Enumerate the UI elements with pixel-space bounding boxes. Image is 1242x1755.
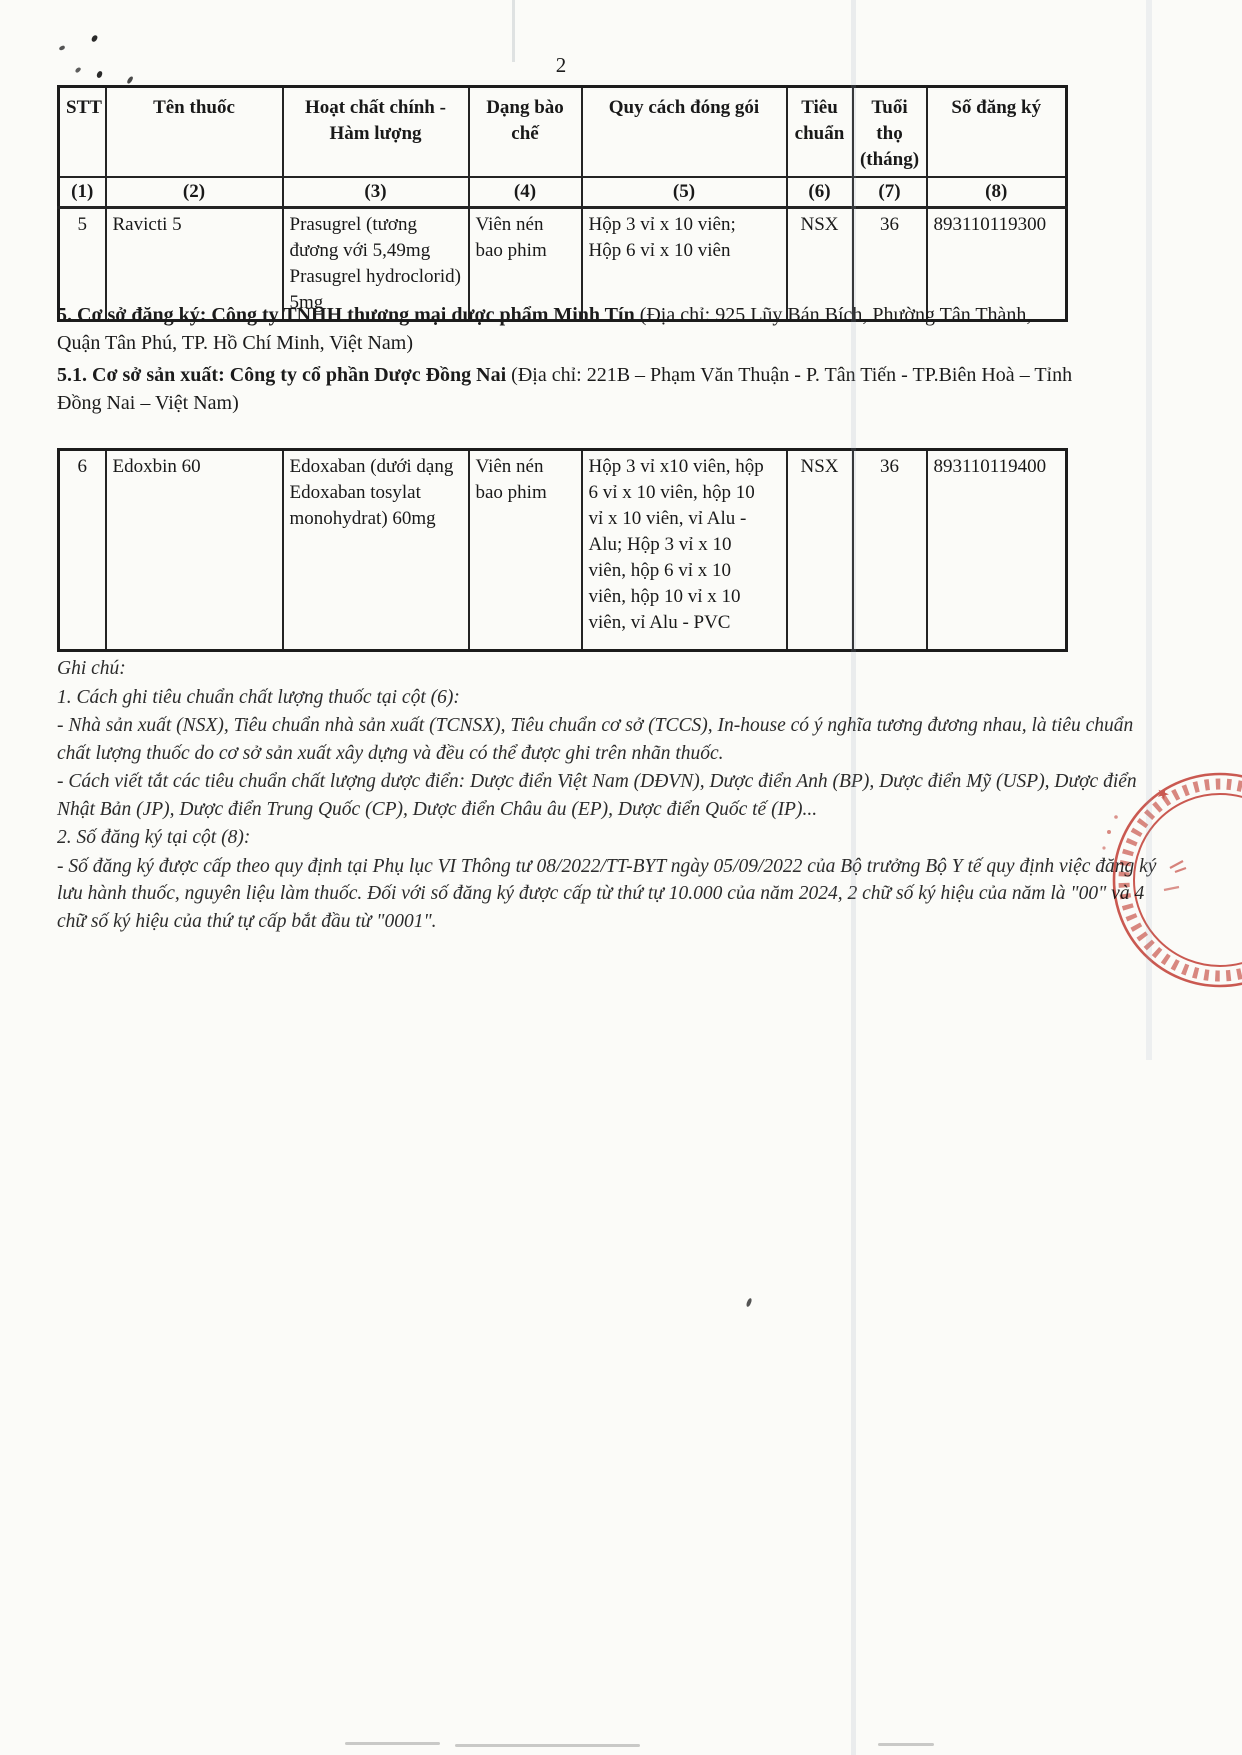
col-number: (4) bbox=[469, 177, 582, 208]
col-number: (3) bbox=[283, 177, 469, 208]
note-item: - Cách viết tắt các tiêu chuẩn chất lượn… bbox=[57, 768, 1162, 823]
scan-smudge bbox=[455, 1744, 640, 1747]
cell-ten-thuoc: Edoxbin 60 bbox=[106, 450, 283, 651]
col-number: (6) bbox=[787, 177, 853, 208]
drug-registration-table-part2: 6 Edoxbin 60 Edoxaban (dưới dạng Edoxaba… bbox=[57, 448, 1068, 652]
ink-speck bbox=[746, 1298, 753, 1308]
header-ten-thuoc: Tên thuốc bbox=[106, 87, 283, 178]
section-5-co-so-dang-ky: 5. Cơ sở đăng ký: Công ty TNHH thương mạ… bbox=[57, 301, 1079, 357]
drug-registration-table-part1: STT Tên thuốc Hoạt chất chính - Hàm lượn… bbox=[57, 85, 1068, 322]
circular-red-stamp: ★ bbox=[1100, 760, 1242, 1000]
header-tieu-chuan: Tiêu chuẩn bbox=[787, 87, 853, 178]
scan-smudge bbox=[345, 1742, 440, 1745]
header-dang-bao-che: Dạng bào chế bbox=[469, 87, 582, 178]
ink-speck bbox=[58, 45, 65, 51]
header-so-dang-ky: Số đăng ký bbox=[927, 87, 1067, 178]
cell-dang-bao-che: Viên nén bao phim bbox=[469, 450, 582, 651]
page-number: 2 bbox=[540, 53, 582, 78]
header-quy-cach: Quy cách đóng gói bbox=[582, 87, 787, 178]
col-number: (7) bbox=[853, 177, 927, 208]
table-row-edoxbin-60: 6 Edoxbin 60 Edoxaban (dưới dạng Edoxaba… bbox=[59, 450, 1067, 651]
notes-section: Ghi chú: 1. Cách ghi tiêu chuẩn chất lượ… bbox=[57, 655, 1162, 936]
col-number: (5) bbox=[582, 177, 787, 208]
cell-quy-cach: Hộp 3 vỉ x10 viên, hộp 6 vỉ x 10 viên, h… bbox=[582, 450, 787, 651]
cell-tieu-chuan: NSX bbox=[787, 450, 853, 651]
notes-title: Ghi chú: bbox=[57, 655, 1162, 683]
header-hoat-chat: Hoạt chất chính - Hàm lượng bbox=[283, 87, 469, 178]
col-number: (2) bbox=[106, 177, 283, 208]
note-item: - Nhà sản xuất (NSX), Tiêu chuẩn nhà sản… bbox=[57, 712, 1162, 767]
section-5-1-bold-text: 5.1. Cơ sở sản xuất: Công ty cổ phần Dượ… bbox=[57, 364, 506, 386]
section-5-1-co-so-san-xuat: 5.1. Cơ sở sản xuất: Công ty cổ phần Dượ… bbox=[57, 361, 1079, 417]
header-tuoi-tho: Tuổi thọ (tháng) bbox=[853, 87, 927, 178]
scan-smudge bbox=[878, 1743, 934, 1746]
cell-hoat-chat: Edoxaban (dưới dạng Edoxaban tosylat mon… bbox=[283, 450, 469, 651]
ink-speck bbox=[96, 70, 103, 78]
cell-stt: 6 bbox=[59, 450, 106, 651]
table-header-row: STT Tên thuốc Hoạt chất chính - Hàm lượn… bbox=[59, 87, 1067, 178]
stamp-svg: ★ bbox=[1100, 760, 1242, 1000]
column-number-row: (1) (2) (3) (4) (5) (6) (7) (8) bbox=[59, 177, 1067, 208]
col-number: (1) bbox=[59, 177, 106, 208]
note-item: 1. Cách ghi tiêu chuẩn chất lượng thuốc … bbox=[57, 684, 1162, 712]
ink-speck bbox=[75, 66, 82, 73]
note-item: - Số đăng ký được cấp theo quy định tại … bbox=[57, 853, 1162, 936]
section-5-bold-text: 5. Cơ sở đăng ký: Công ty TNHH thương mạ… bbox=[57, 304, 635, 326]
scanned-document-page: 2 STT Tên thuốc Hoạt chất chính - Hàm lư… bbox=[0, 0, 1242, 1755]
header-stt: STT bbox=[59, 87, 106, 178]
scanner-line bbox=[512, 0, 515, 62]
note-item: 2. Số đăng ký tại cột (8): bbox=[57, 824, 1162, 852]
ink-speck bbox=[91, 34, 98, 42]
ink-speck bbox=[126, 76, 133, 85]
cell-tuoi-tho: 36 bbox=[853, 450, 927, 651]
cell-so-dang-ky: 893110119400 bbox=[927, 450, 1067, 651]
col-number: (8) bbox=[927, 177, 1067, 208]
